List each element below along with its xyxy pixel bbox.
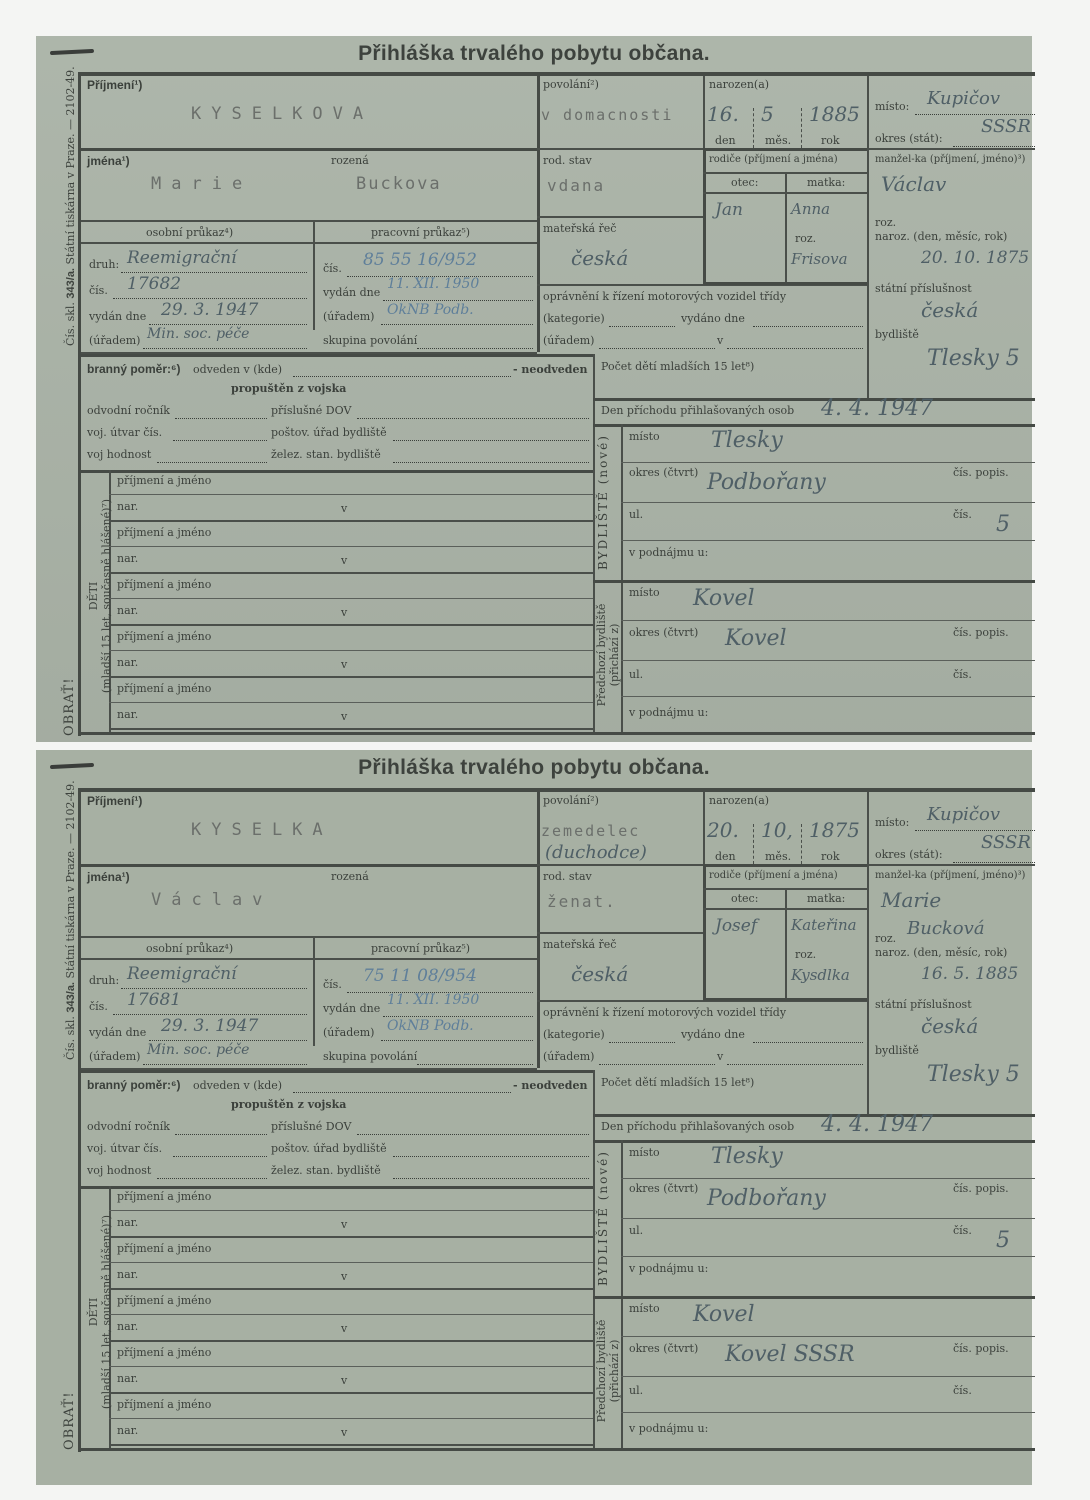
surname-value[interactable]: KYSELKOVA bbox=[191, 104, 373, 124]
child-birth-label: nar. bbox=[117, 1372, 138, 1385]
child-birth-place-label: v bbox=[341, 1218, 347, 1231]
child-birth-label: nar. bbox=[117, 1268, 138, 1281]
child-row-divider bbox=[109, 676, 593, 678]
arrival-date[interactable]: 4. 4. 1947 bbox=[821, 1112, 933, 1137]
child-row-divider bbox=[109, 1340, 593, 1342]
child-birth-label: nar. bbox=[117, 656, 138, 669]
work-card-authority[interactable]: OkNB Podb. bbox=[387, 1018, 474, 1034]
work-card-header: pracovní průkaz⁵) bbox=[371, 226, 470, 239]
id-card-header: osobní průkaz⁴) bbox=[146, 226, 233, 239]
work-card-authority[interactable]: OkNB Podb. bbox=[387, 302, 474, 318]
spouse-birth[interactable]: 16. 5. 1885 bbox=[921, 964, 1018, 984]
work-card-header: pracovní průkaz⁵) bbox=[371, 942, 470, 955]
arrival-date-label: Den příchodu přihlašovaných osob bbox=[601, 404, 794, 417]
new-residence-house-no[interactable]: 5 bbox=[996, 1228, 1010, 1253]
new-residence-section: BYDLIŠTĚ (nové) bbox=[597, 424, 610, 580]
form-title: Přihláška trvalého pobytu občana. bbox=[36, 42, 1032, 66]
arrival-date-label: Den příchodu přihlašovaných osob bbox=[601, 1120, 794, 1133]
child-row-divider bbox=[109, 1288, 593, 1290]
child-name-label: příjmení a jméno bbox=[117, 578, 211, 591]
children-section-label: DĚTI (mladší 15 let, současně hlášené)⁷) bbox=[87, 1182, 113, 1442]
parents-label: rodiče (příjmení a jména) bbox=[709, 870, 838, 881]
mother-tongue-label: mateřská řeč bbox=[543, 938, 616, 951]
parents-label: rodiče (příjmení a jména) bbox=[709, 154, 838, 165]
form-title: Přihláška trvalého pobytu občana. bbox=[36, 756, 1032, 780]
child-birth-place-label: v bbox=[341, 554, 347, 567]
birth-place[interactable]: Kupičov bbox=[927, 804, 1000, 825]
new-residence-section: BYDLIŠTĚ (nové) bbox=[597, 1140, 610, 1296]
registration-form: Příjmení¹) KYSELKOVA jména¹) rozená Mari… bbox=[78, 72, 1035, 736]
spouse-name[interactable]: Marie bbox=[881, 888, 941, 912]
child-birth-label: nar. bbox=[117, 552, 138, 565]
arrival-date[interactable]: 4. 4. 1947 bbox=[821, 396, 933, 421]
residence-value[interactable]: Tlesky 5 bbox=[927, 1062, 1020, 1087]
id-card-authority[interactable]: Min. soc. péče bbox=[147, 1042, 249, 1058]
child-name-line[interactable] bbox=[109, 702, 593, 703]
work-card-number[interactable]: 75 11 08/954 bbox=[363, 966, 477, 986]
new-residence-place[interactable]: Tlesky bbox=[711, 428, 783, 453]
id-card-issued[interactable]: 29. 3. 1947 bbox=[161, 300, 258, 320]
child-name-label: příjmení a jméno bbox=[117, 630, 211, 643]
occupation-value[interactable]: v domacnosti bbox=[541, 106, 673, 124]
previous-residence-district[interactable]: Kovel bbox=[725, 626, 787, 651]
mother-tongue-label: mateřská řeč bbox=[543, 222, 616, 235]
mother-name[interactable]: Kateřina bbox=[791, 916, 857, 934]
child-birth-label: nar. bbox=[117, 604, 138, 617]
child-name-line[interactable] bbox=[109, 1262, 593, 1263]
spouse-birth[interactable]: 20. 10. 1875 bbox=[921, 248, 1029, 268]
surname-label: Příjmení¹) bbox=[87, 78, 142, 92]
nee-label: rozená bbox=[331, 870, 369, 883]
given-name-label: jména¹) bbox=[87, 154, 130, 168]
child-row-divider bbox=[109, 624, 593, 626]
previous-residence-section: Předchozí bydliště (přichází z) bbox=[595, 1298, 621, 1444]
child-name-line[interactable] bbox=[109, 1366, 593, 1367]
birth-year[interactable]: 1885 bbox=[809, 102, 860, 126]
mother-tongue-value[interactable]: česká bbox=[571, 962, 628, 986]
birth-month[interactable]: 10, bbox=[761, 818, 793, 842]
marital-status-label: rod. stav bbox=[543, 870, 592, 883]
given-name-value[interactable]: Marie bbox=[151, 174, 252, 194]
previous-residence-place[interactable]: Kovel bbox=[693, 586, 755, 611]
previous-residence-section: Předchozí bydliště (přichází z) bbox=[595, 582, 621, 728]
child-row-divider bbox=[109, 572, 593, 574]
child-name-label: příjmení a jméno bbox=[117, 1346, 211, 1359]
child-birth-label: nar. bbox=[117, 1216, 138, 1229]
mother-nee[interactable]: Frisova bbox=[791, 250, 848, 268]
child-name-label: příjmení a jméno bbox=[117, 682, 211, 695]
citizenship-value[interactable]: česká bbox=[921, 298, 978, 322]
id-card-header: osobní průkaz⁴) bbox=[146, 942, 233, 955]
occupation-value[interactable]: zemedelec bbox=[541, 822, 640, 840]
child-birth-label: nar. bbox=[117, 500, 138, 513]
child-name-label: příjmení a jméno bbox=[117, 526, 211, 539]
child-name-line[interactable] bbox=[109, 1210, 593, 1211]
id-card-number[interactable]: 17681 bbox=[127, 990, 181, 1010]
mother-name[interactable]: Anna bbox=[791, 200, 830, 218]
child-name-label: příjmení a jméno bbox=[117, 474, 211, 487]
child-name-label: příjmení a jméno bbox=[117, 1398, 211, 1411]
new-residence-place[interactable]: Tlesky bbox=[711, 1144, 783, 1169]
child-birth-place-label: v bbox=[341, 606, 347, 619]
birth-district[interactable]: SSSR bbox=[981, 832, 1031, 853]
child-name-line[interactable] bbox=[109, 1418, 593, 1419]
birth-month[interactable]: 5 bbox=[761, 102, 774, 126]
child-name-line[interactable] bbox=[109, 494, 593, 495]
id-card-type[interactable]: Reemigrační bbox=[127, 248, 237, 268]
printer-imprint: Čís. skl. 343/a. Státní tiskárna v Praze… bbox=[64, 66, 77, 346]
children-section-label: DĚTI (mladší 15 let, současně hlášené)⁷) bbox=[87, 466, 113, 726]
child-row-divider bbox=[109, 1392, 593, 1394]
child-birth-label: nar. bbox=[117, 708, 138, 721]
id-card-authority[interactable]: Min. soc. péče bbox=[147, 326, 249, 342]
child-row-divider bbox=[109, 520, 593, 522]
children-count-label: Počet dětí mladších 15 let⁸) bbox=[601, 360, 754, 373]
previous-residence-place[interactable]: Kovel bbox=[693, 1302, 755, 1327]
child-name-line[interactable] bbox=[109, 1314, 593, 1315]
new-residence-district[interactable]: Podbořany bbox=[707, 470, 826, 495]
children-count-label: Počet dětí mladších 15 let⁸) bbox=[601, 1076, 754, 1089]
new-residence-district[interactable]: Podbořany bbox=[707, 1186, 826, 1211]
child-birth-label: nar. bbox=[117, 1320, 138, 1333]
occupation-label: povolání²) bbox=[543, 794, 599, 807]
id-card-type[interactable]: Reemigrační bbox=[127, 964, 237, 984]
registration-sheet-kyselka: Přihláška trvalého pobytu občana. Čís. s… bbox=[36, 750, 1032, 1485]
work-card-issued[interactable]: 11. XII. 1950 bbox=[387, 276, 479, 292]
given-name-label: jména¹) bbox=[87, 870, 130, 884]
turn-over-note: OBRAŤ! bbox=[62, 677, 77, 736]
new-residence-house-no[interactable]: 5 bbox=[996, 512, 1010, 537]
marital-status-value[interactable]: vdana bbox=[547, 176, 605, 195]
id-card-number[interactable]: 17682 bbox=[127, 274, 181, 294]
occupation-note[interactable]: (duchodce) bbox=[545, 842, 647, 863]
spouse-label: manžel-ka (příjmení, jméno)³) bbox=[875, 154, 1025, 165]
birth-year[interactable]: 1875 bbox=[809, 818, 860, 842]
residence-value[interactable]: Tlesky 5 bbox=[927, 346, 1020, 371]
birth-label: narozen(a) bbox=[709, 78, 769, 91]
mother-tongue-value[interactable]: česká bbox=[571, 246, 628, 270]
child-birth-place-label: v bbox=[341, 658, 347, 671]
spouse-name[interactable]: Václav bbox=[881, 172, 946, 196]
marital-status-value[interactable]: ženat. bbox=[547, 892, 617, 911]
previous-residence-district[interactable]: Kovel SSSR bbox=[725, 1342, 855, 1367]
turn-over-note: OBRAŤ! bbox=[62, 1391, 77, 1450]
printer-imprint: Čís. skl. 343/a. Státní tiskárna v Praze… bbox=[64, 780, 77, 1060]
occupation-label: povolání²) bbox=[543, 78, 599, 91]
child-row-divider bbox=[109, 728, 593, 730]
child-birth-place-label: v bbox=[341, 502, 347, 515]
marital-status-label: rod. stav bbox=[543, 154, 592, 167]
work-card-issued[interactable]: 11. XII. 1950 bbox=[387, 992, 479, 1008]
birth-district[interactable]: SSSR bbox=[981, 116, 1031, 137]
child-name-line[interactable] bbox=[109, 546, 593, 547]
father-name[interactable]: Jan bbox=[715, 200, 743, 220]
child-birth-place-label: v bbox=[341, 710, 347, 723]
spouse-label: manžel-ka (příjmení, jméno)³) bbox=[875, 870, 1025, 881]
surname-value[interactable]: KYSELKA bbox=[191, 820, 333, 840]
given-name-value[interactable]: Václav bbox=[151, 890, 272, 910]
birth-day[interactable]: 20. bbox=[707, 818, 739, 842]
birth-place[interactable]: Kupičov bbox=[927, 88, 1000, 109]
child-name-label: příjmení a jméno bbox=[117, 1294, 211, 1307]
child-birth-place-label: v bbox=[341, 1270, 347, 1283]
registration-sheet-kyselkova: Přihláška trvalého pobytu občana. Čís. s… bbox=[36, 36, 1032, 742]
registration-form: Příjmení¹) KYSELKA jména¹) rozená Václav… bbox=[78, 788, 1035, 1452]
child-row-divider bbox=[109, 1236, 593, 1238]
birth-day[interactable]: 16. bbox=[707, 102, 739, 126]
citizenship-value[interactable]: česká bbox=[921, 1014, 978, 1038]
child-name-line[interactable] bbox=[109, 598, 593, 599]
child-birth-place-label: v bbox=[341, 1322, 347, 1335]
child-birth-place-label: v bbox=[341, 1426, 347, 1439]
birth-label: narozen(a) bbox=[709, 794, 769, 807]
spouse-nee[interactable]: Bucková bbox=[907, 918, 985, 939]
child-name-line[interactable] bbox=[109, 650, 593, 651]
id-card-issued[interactable]: 29. 3. 1947 bbox=[161, 1016, 258, 1036]
child-row-divider bbox=[109, 1444, 593, 1446]
child-name-label: příjmení a jméno bbox=[117, 1190, 211, 1203]
child-name-label: příjmení a jméno bbox=[117, 1242, 211, 1255]
surname-label: Příjmení¹) bbox=[87, 794, 142, 808]
mother-nee[interactable]: Kysdlka bbox=[791, 966, 850, 984]
father-name[interactable]: Josef bbox=[715, 916, 757, 936]
work-card-number[interactable]: 85 55 16/952 bbox=[363, 250, 477, 270]
child-birth-label: nar. bbox=[117, 1424, 138, 1437]
nee-value[interactable]: Buckova bbox=[356, 174, 442, 194]
nee-label: rozená bbox=[331, 154, 369, 167]
child-birth-place-label: v bbox=[341, 1374, 347, 1387]
